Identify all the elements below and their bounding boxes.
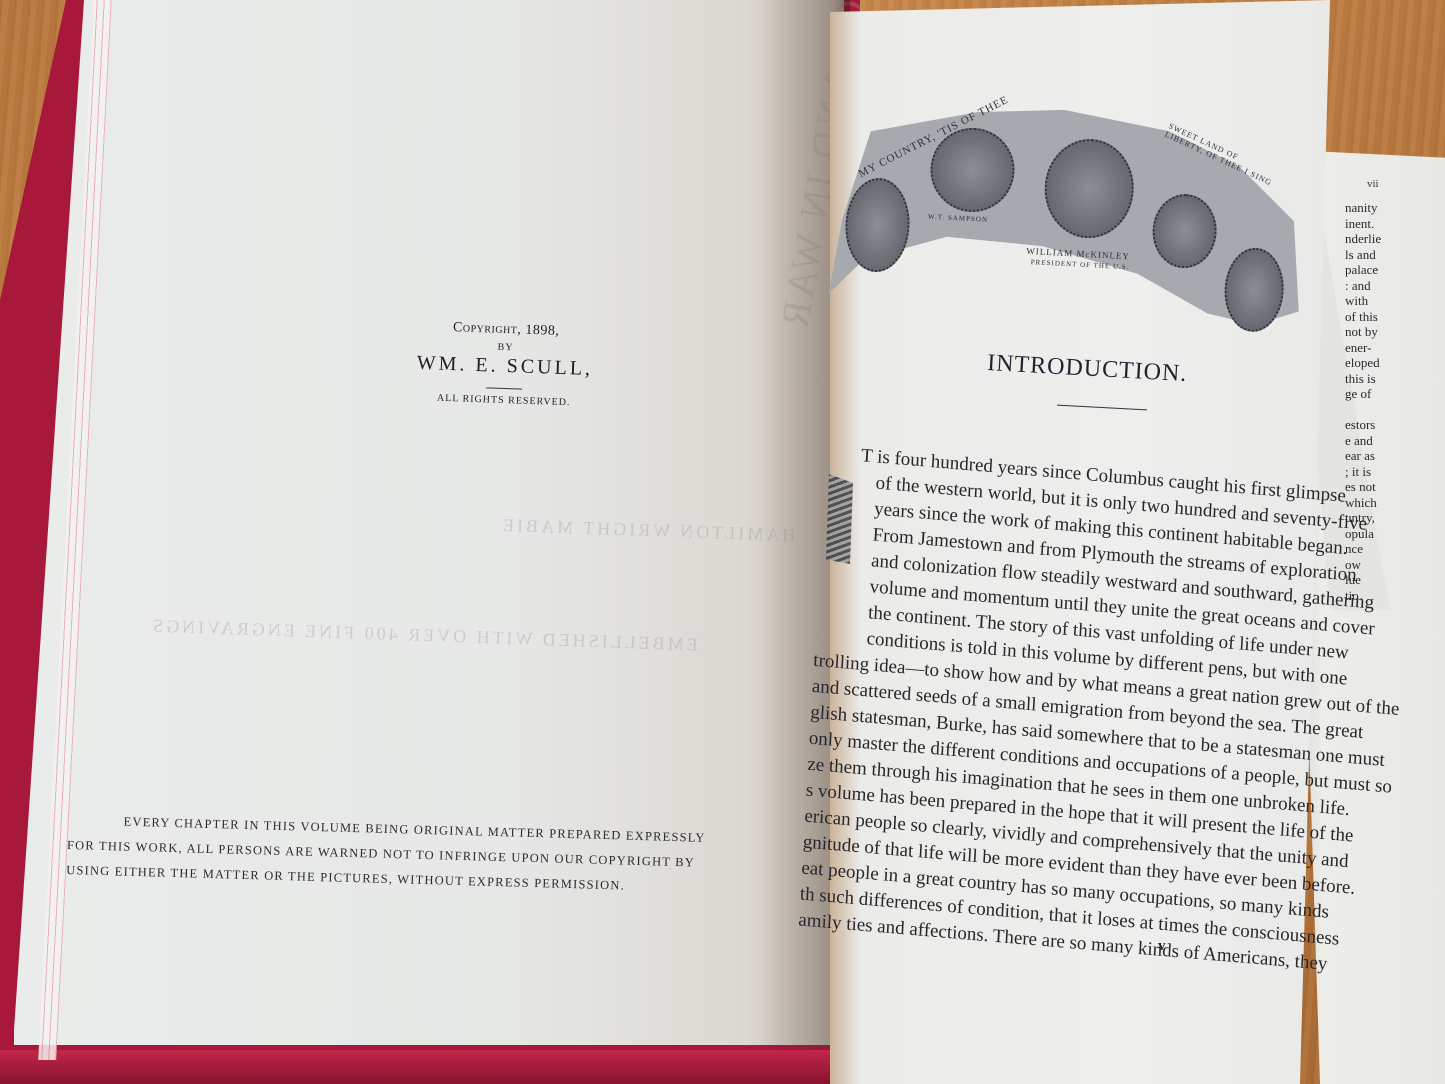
peek-line: estors [1345,417,1381,433]
peek-line [1345,402,1381,418]
peek-line: inent. [1345,216,1381,232]
peek-line: ener- [1345,340,1381,356]
peek-line: e and [1345,433,1381,449]
peek-line: ; it is [1345,464,1381,480]
author-name: WM. E. SCULL, [400,351,611,381]
peek-line: palace [1345,262,1381,278]
peek-line: nanity [1345,200,1381,216]
peek-line: eloped [1345,355,1381,371]
peek-line: ls and [1345,247,1381,263]
page-number: v [1158,938,1166,955]
peek-line: with [1345,293,1381,309]
peek-page-number: vii [1367,178,1379,190]
peek-line: ge of [1345,386,1381,402]
peek-line: this is [1345,371,1381,387]
book-cover-edge [0,1050,860,1084]
peek-line: nderlie [1345,231,1381,247]
peek-line: of this [1345,309,1381,325]
peek-line: : and [1345,278,1381,294]
introduction-body: T is four hundred years since Columbus c… [820,442,1445,985]
patriotic-banner-illustration: MY COUNTRY, 'TIS OF THEE WILLIAM McKINLE… [822,96,1313,346]
peek-line: ear as [1345,448,1381,464]
copyright-block: Copyright, 1898, BY WM. E. SCULL, ALL RI… [399,318,612,409]
divider-rule [486,387,522,389]
peek-line: not by [1345,324,1381,340]
